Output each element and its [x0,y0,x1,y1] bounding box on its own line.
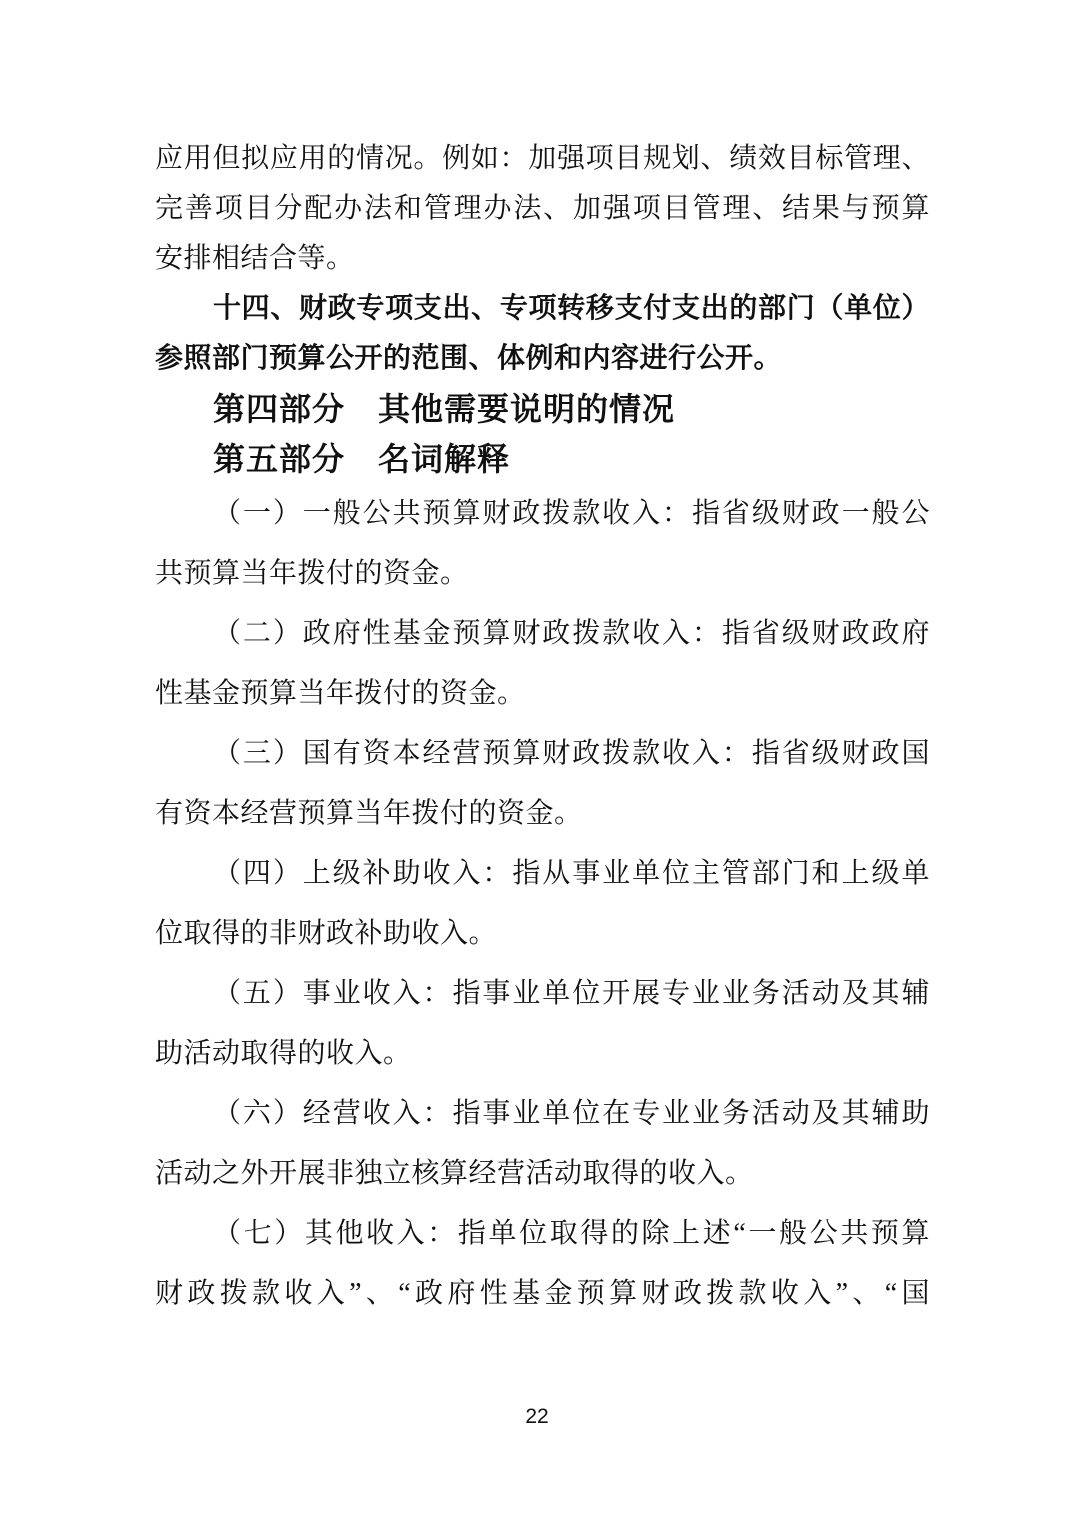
section-heading-part4: 第四部分 其他需要说明的情况 [155,384,930,434]
definition-1-line: 共预算当年拨付的资金。 [155,544,930,604]
definition-4-line: （四）上级补助收入：指从事业单位主管部门和上级单 [155,844,930,904]
definition-3-line: 有资本经营预算当年拨付的资金。 [155,784,930,844]
section-heading-part5: 第五部分 名词解释 [155,434,930,484]
definition-6-line: 活动之外开展非独立核算经营活动取得的收入。 [155,1144,930,1204]
definition-2-line: 性基金预算当年拨付的资金。 [155,664,930,724]
definition-2-line: （二）政府性基金预算财政拨款收入：指省级财政政府 [155,604,930,664]
page-content: 应用但拟应用的情况。例如：加强项目规划、绩效目标管理、 完善项目分配办法和管理办… [155,134,930,1324]
definition-5-line: 助活动取得的收入。 [155,1024,930,1084]
definition-7-line: （七）其他收入：指单位取得的除上述“一般公共预算 [155,1204,930,1264]
definition-1-line: （一）一般公共预算财政拨款收入：指省级财政一般公 [155,484,930,544]
definition-4-line: 位取得的非财政补助收入。 [155,904,930,964]
definition-3-line: （三）国有资本经营预算财政拨款收入：指省级财政国 [155,724,930,784]
document-page: 应用但拟应用的情况。例如：加强项目规划、绩效目标管理、 完善项目分配办法和管理办… [0,0,1074,1520]
continuation-paragraph-line: 安排相结合等。 [155,234,930,284]
page-number: 22 [0,1400,1074,1434]
statement14-line: 十四、财政专项支出、专项转移支付支出的部门（单位） [155,284,930,334]
continuation-paragraph-line: 应用但拟应用的情况。例如：加强项目规划、绩效目标管理、 [155,134,930,184]
definition-6-line: （六）经营收入：指事业单位在专业业务活动及其辅助 [155,1084,930,1144]
statement14-line: 参照部门预算公开的范围、体例和内容进行公开。 [155,334,930,384]
definition-7-line: 财政拨款收入”、“政府性基金预算财政拨款收入”、“国 [155,1264,930,1324]
continuation-paragraph-line: 完善项目分配办法和管理办法、加强项目管理、结果与预算 [155,184,930,234]
definition-5-line: （五）事业收入：指事业单位开展专业业务活动及其辅 [155,964,930,1024]
